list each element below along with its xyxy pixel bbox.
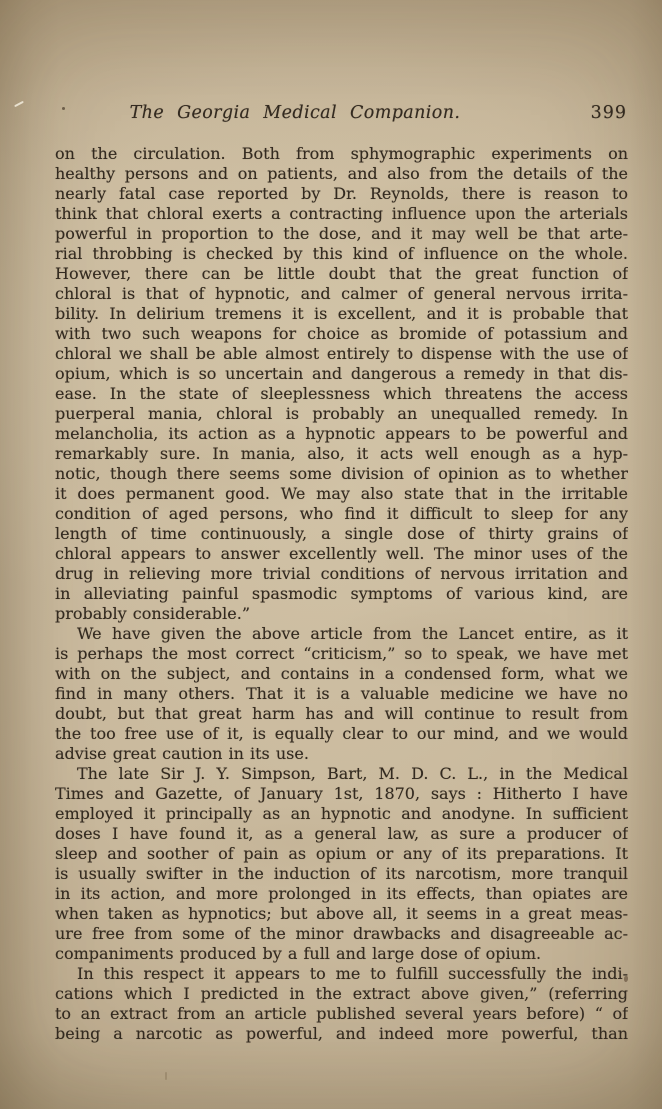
text-line: find in many others. That it is a valuab… bbox=[55, 684, 628, 704]
text-line: to an extract from an article published … bbox=[55, 1004, 628, 1024]
ink-speck bbox=[62, 107, 65, 110]
text-line: it does permanent good. We may also stat… bbox=[55, 484, 628, 504]
text-line: being a narcotic as powerful, and indeed… bbox=[55, 1024, 628, 1044]
paragraph: on the circulation. Both from sphymograp… bbox=[55, 144, 628, 624]
text-line: bility. In delirium tremens it is excell… bbox=[55, 304, 628, 324]
text-line: sleep and soother of pain as opium or an… bbox=[55, 844, 628, 864]
text-line: cations which I predicted in the extract… bbox=[55, 984, 628, 1004]
text-line: companiments produced by a full and larg… bbox=[55, 944, 628, 964]
text-line: notic, though there seems some division … bbox=[55, 464, 628, 484]
text-line: In this respect it appears to me to fulf… bbox=[55, 964, 628, 984]
text-line: The late Sir J. Y. Simpson, Bart, M. D. … bbox=[55, 764, 628, 784]
text-line: in its action, and more prolonged in its… bbox=[55, 884, 628, 904]
text-line: employed it principally as an hypnotic a… bbox=[55, 804, 628, 824]
text-block: on the circulation. Both from sphymograp… bbox=[55, 144, 628, 1044]
journal-title: The Georgia Medical Companion. bbox=[55, 103, 535, 123]
text-line: with two such weapons for choice as brom… bbox=[55, 324, 628, 344]
page-number: 399 bbox=[591, 103, 627, 123]
text-line: ure free from some of the minor drawback… bbox=[55, 924, 628, 944]
text-line: with on the subject, and contains in a c… bbox=[55, 664, 628, 684]
text-line: probably considerable.” bbox=[55, 604, 628, 624]
text-line: in alleviating painful spasmodic symptom… bbox=[55, 584, 628, 604]
ink-speck bbox=[165, 1072, 167, 1080]
text-line: We have given the above article from the… bbox=[55, 624, 628, 644]
text-line: melancholia, its action as a hypnotic ap… bbox=[55, 424, 628, 444]
text-line: puerperal mania, chloral is probably an … bbox=[55, 404, 628, 424]
scanned-page: The Georgia Medical Companion. 399 on th… bbox=[0, 0, 662, 1109]
text-line: chloral appears to answer excellently we… bbox=[55, 544, 628, 564]
text-line: doubt, but that great harm has and will … bbox=[55, 704, 628, 724]
text-line: drug in relieving more trivial condition… bbox=[55, 564, 628, 584]
text-line: powerful in proportion to the dose, and … bbox=[55, 224, 628, 244]
text-line: ease. In the state of sleeplessness whic… bbox=[55, 384, 628, 404]
text-line: chloral is that of hypnotic, and calmer … bbox=[55, 284, 628, 304]
text-line: doses I have found it, as a general law,… bbox=[55, 824, 628, 844]
text-line: length of time continuously, a single do… bbox=[55, 524, 628, 544]
text-line: on the circulation. Both from sphymograp… bbox=[55, 144, 628, 164]
paragraph: The late Sir J. Y. Simpson, Bart, M. D. … bbox=[55, 764, 628, 964]
text-line: think that chloral exerts a contracting … bbox=[55, 204, 628, 224]
text-line: advise great caution in its use. bbox=[55, 744, 628, 764]
text-line: is usually swifter in the induction of i… bbox=[55, 864, 628, 884]
text-line: condition of aged persons, who find it d… bbox=[55, 504, 628, 524]
text-line: is perhaps the most correct “criticism,”… bbox=[55, 644, 628, 664]
text-line: the too free use of it, is equally clear… bbox=[55, 724, 628, 744]
text-line: chloral we shall be able almost entirely… bbox=[55, 344, 628, 364]
text-line: healthy persons and on patients, and als… bbox=[55, 164, 628, 184]
text-line: However, there can be little doubt that … bbox=[55, 264, 628, 284]
paragraph: We have given the above article from the… bbox=[55, 624, 628, 764]
running-head: The Georgia Medical Companion. 399 bbox=[55, 103, 627, 127]
text-line: nearly fatal case reported by Dr. Reynol… bbox=[55, 184, 628, 204]
text-line: Times and Gazette, of January 1st, 1870,… bbox=[55, 784, 628, 804]
text-line: remarkably sure. In mania, also, it acts… bbox=[55, 444, 628, 464]
text-line: opium, which is so uncertain and dangero… bbox=[55, 364, 628, 384]
paper-scratch-mark bbox=[14, 101, 24, 107]
text-line: when taken as hypnotics; but above all, … bbox=[55, 904, 628, 924]
text-line: rial throbbing is checked by this kind o… bbox=[55, 244, 628, 264]
paragraph: In this respect it appears to me to fulf… bbox=[55, 964, 628, 1044]
